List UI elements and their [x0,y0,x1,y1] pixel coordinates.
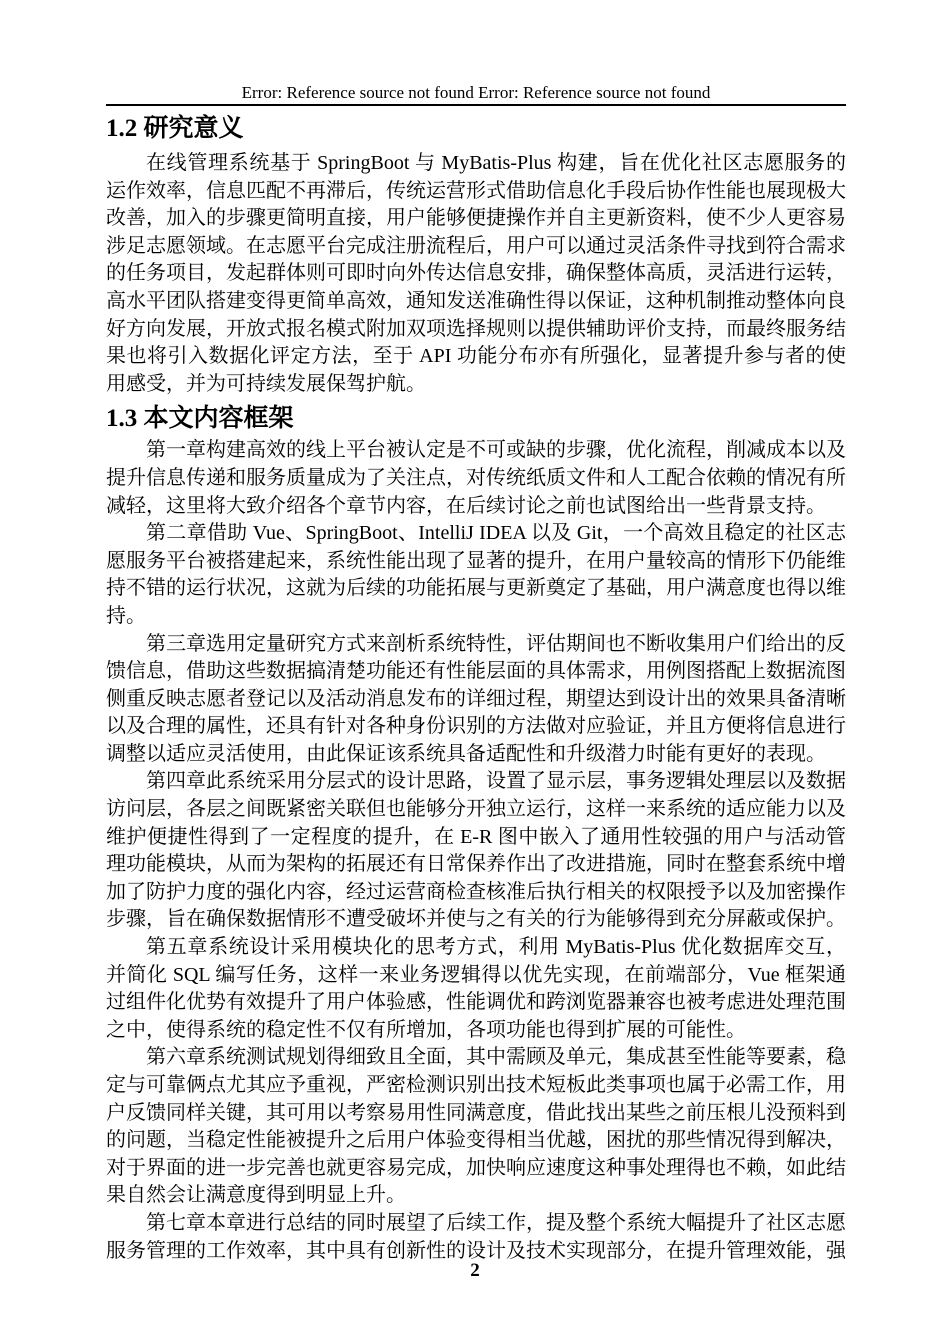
header-error-text: Error: Reference source not found Error:… [242,83,711,102]
document-page: Error: Reference source not found Error:… [0,0,950,1344]
page-content: Error: Reference source not found Error:… [106,0,846,1265]
paragraph-research-significance: 在线管理系统基于 SpringBoot 与 MyBatis-Plus 构建，旨在… [106,150,846,398]
paragraph-chapter-4: 第四章此系统采用分层式的设计思路，设置了显示层，事务逻辑处理层以及数据访问层，各… [106,768,846,934]
section-heading-1-2: 1.2 研究意义 [106,113,846,144]
paragraph-chapter-1: 第一章构建高效的线上平台被认定是不可或缺的步骤，优化流程，削减成本以及提升信息传… [106,437,846,520]
page-header: Error: Reference source not found Error:… [106,83,846,106]
paragraph-chapter-6: 第六章系统测试规划得细致且全面，其中需顾及单元，集成甚至性能等要素，稳定与可靠俩… [106,1044,846,1210]
section-heading-1-3: 1.3 本文内容框架 [106,403,846,434]
paragraph-chapter-5: 第五章系统设计采用模块化的思考方式，利用 MyBatis-Plus 优化数据库交… [106,934,846,1044]
paragraph-chapter-2: 第二章借助 Vue、SpringBoot、IntelliJ IDEA 以及 Gi… [106,520,846,630]
paragraph-chapter-3: 第三章选用定量研究方式来剖析系统特性，评估期间也不断收集用户们给出的反馈信息，借… [106,631,846,769]
paragraph-chapter-7: 第七章本章进行总结的同时展望了后续工作，提及整个系统大幅提升了社区志愿服务管理的… [106,1210,846,1265]
page-number: 2 [0,1259,950,1283]
